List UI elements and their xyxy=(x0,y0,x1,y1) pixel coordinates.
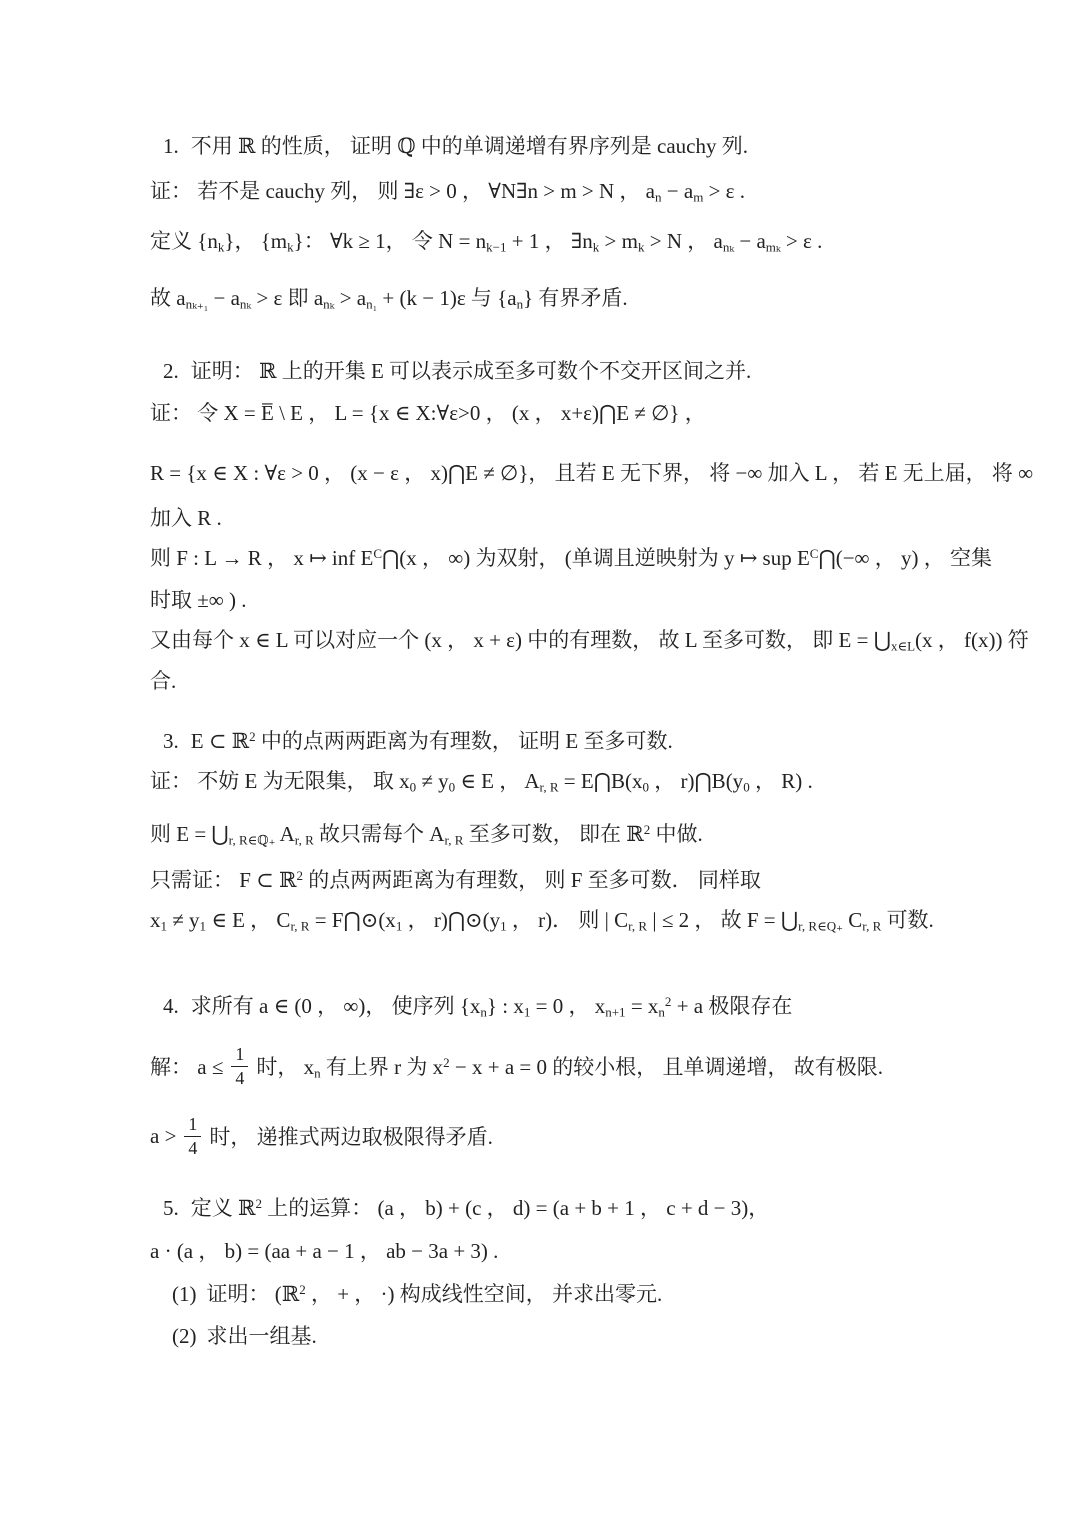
solution-text-pre: a > xyxy=(150,1124,176,1149)
problem-5-part-1: (1)证明： (ℝ2 ， + ， ·) 构成线性空间， 并求出零元. xyxy=(150,1278,1020,1310)
proof-line: 加入 R . xyxy=(150,502,1020,534)
problem-2-heading: 2.证明： ℝ 上的开集 E 可以表示成至多可数个不交开区间之并. xyxy=(150,355,1020,387)
proof-line: 只需证： F ⊂ ℝ2 的点两两距离为有理数， 则 F 至多可数． 同样取 xyxy=(150,864,1020,896)
problem-1: 1.不用 ℝ 的性质， 证明 ℚ 中的单调递增有界序列是 cauchy 列. 证… xyxy=(150,130,1020,314)
problem-3: 3.E ⊂ ℝ2 中的点两两距离为有理数， 证明 E 至多可数. 证： 不妨 E… xyxy=(150,725,1020,936)
problem-statement: E ⊂ ℝ2 中的点两两距离为有理数， 证明 E 至多可数. xyxy=(191,729,673,753)
problem-statement: 定义 ℝ2 上的运算： (a ， b) + (c ， d) = (a + b +… xyxy=(191,1196,770,1220)
proof-line: 则 F : L → R ， x ↦ inf EC⋂(x ， ∞) 为双射， (单… xyxy=(150,542,1020,574)
fraction-one-quarter: 1 4 xyxy=(184,1114,201,1158)
part-label: (1) xyxy=(172,1282,197,1306)
problem-2: 2.证明： ℝ 上的开集 E 可以表示成至多可数个不交开区间之并. 证： 令 X… xyxy=(150,355,1020,697)
part-text: 证明： (ℝ2 ， + ， ·) 构成线性空间， 并求出零元. xyxy=(207,1282,663,1306)
problem-3-heading: 3.E ⊂ ℝ2 中的点两两距离为有理数， 证明 E 至多可数. xyxy=(150,725,1020,757)
fraction-numerator: 1 xyxy=(184,1114,201,1137)
proof-line: 时取 ±∞ ) . xyxy=(150,584,1020,616)
proof-line: 故 anₖ₊₁ − anₖ > ε 即 anₖ > an₁ + (k − 1)ε… xyxy=(150,282,1020,314)
fraction-denominator: 4 xyxy=(188,1137,197,1159)
proof-line: 合. xyxy=(150,665,1020,697)
problem-statement: 不用 ℝ 的性质， 证明 ℚ 中的单调递增有界序列是 cauchy 列. xyxy=(191,134,748,158)
proof-line: 则 E = ⋃r, R∈ℚ₊ Ar, R 故只需每个 Ar, R 至多可数， 即… xyxy=(150,818,1020,850)
problem-number: 1. xyxy=(163,134,179,158)
solution-text-post: 时， 递推式两边取极限得矛盾. xyxy=(209,1121,493,1151)
problem-4-heading: 4.求所有 a ∈ (0 ， ∞)， 使序列 {xn} : x1 = 0 ， x… xyxy=(150,990,1020,1022)
fraction-one-quarter: 1 4 xyxy=(231,1044,248,1088)
solution-line: 解： a ≤ 1 4 时， xn 有上界 r 为 x2 − x + a = 0 … xyxy=(150,1035,1020,1097)
problem-4: 4.求所有 a ∈ (0 ， ∞)， 使序列 {xn} : x1 = 0 ， x… xyxy=(150,990,1020,1167)
problem-number: 2. xyxy=(163,359,179,383)
proof-line: 证： 不妨 E 为无限集， 取 x0 ≠ y0 ∈ E ， Ar, R = E⋂… xyxy=(150,765,1020,797)
problem-number: 5. xyxy=(163,1196,179,1220)
problem-statement: 证明： ℝ 上的开集 E 可以表示成至多可数个不交开区间之并. xyxy=(191,359,752,383)
proof-line: 证： 令 X = E̅ \ E ， L = {x ∈ X:∀ε>0 ， (x ，… xyxy=(150,397,1020,429)
proof-line: a · (a ， b) = (aa + a − 1 ， ab − 3a + 3)… xyxy=(150,1235,1020,1267)
proof-line: 定义 {nk}， {mk}： ∀k ≥ 1， 令 N = nk−1 + 1 ， … xyxy=(150,225,1020,257)
solution-text-post: 时， xn 有上界 r 为 x2 − x + a = 0 的较小根， 且单调递增… xyxy=(256,1051,883,1081)
proof-line: 证： 若不是 cauchy 列， 则 ∃ε > 0 ， ∀N∃n > m > N… xyxy=(150,175,1020,207)
proof-line: 又由每个 x ∈ L 可以对应一个 (x ， x + ε) 中的有理数， 故 L… xyxy=(150,624,1020,656)
part-label: (2) xyxy=(172,1324,197,1348)
part-text: 求出一组基. xyxy=(207,1324,317,1348)
problem-5-part-2: (2)求出一组基. xyxy=(150,1320,1020,1352)
proof-line: R = {x ∈ X : ∀ε > 0 ， (x − ε ， x)⋂E ≠ ∅}… xyxy=(150,457,1020,489)
problem-number: 4. xyxy=(163,994,179,1018)
proof-line: x1 ≠ y1 ∈ E ， Cr, R = F⋂⊙(x1 ， r)⋂⊙(y1 ，… xyxy=(150,904,1020,936)
document-content: 1.不用 ℝ 的性质， 证明 ℚ 中的单调递增有界序列是 cauchy 列. 证… xyxy=(0,130,1080,1352)
solution-text-pre: 解： a ≤ xyxy=(150,1051,223,1081)
problem-statement: 求所有 a ∈ (0 ， ∞)， 使序列 {xn} : x1 = 0 ， xn+… xyxy=(191,994,793,1018)
problem-number: 3. xyxy=(163,729,179,753)
fraction-numerator: 1 xyxy=(231,1044,248,1067)
problem-5: 5.定义 ℝ2 上的运算： (a ， b) + (c ， d) = (a + b… xyxy=(150,1192,1020,1352)
solution-line: a > 1 4 时， 递推式两边取极限得矛盾. xyxy=(150,1105,1020,1167)
fraction-denominator: 4 xyxy=(235,1067,244,1089)
page: { "document": { "background": "#ffffff",… xyxy=(0,0,1080,1527)
problem-1-heading: 1.不用 ℝ 的性质， 证明 ℚ 中的单调递增有界序列是 cauchy 列. xyxy=(150,130,1020,162)
problem-5-heading: 5.定义 ℝ2 上的运算： (a ， b) + (c ， d) = (a + b… xyxy=(150,1192,1020,1224)
